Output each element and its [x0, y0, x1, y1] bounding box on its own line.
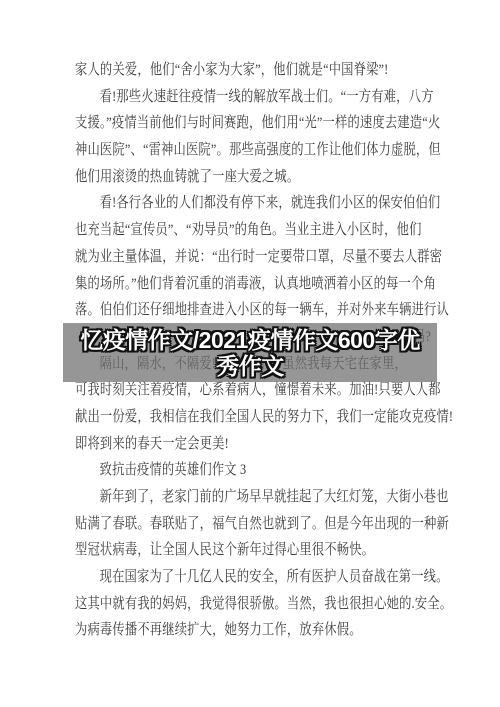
- essay-line: 这其中就有我的妈妈，我觉得很骄傲。当然，我也很担心她的.安全。: [75, 591, 431, 618]
- essay-line: 看!那些火速赶往疫情一线的解放军战士们。“一方有难，八方: [75, 84, 431, 111]
- essay-line: 落。伯伯们还仔细地排查进入小区的每一辆车，并对外来车辆进行认: [75, 297, 431, 324]
- overlay-title-line2: 秀作文: [216, 353, 284, 379]
- essay-line: 贴满了春联。春联贴了，福气自然也就到了。但是今年出现的一种新: [75, 511, 431, 538]
- essay-page: 家人的关爱，他们“舍小家为大家”，他们就是“中国脊梁”! 看!那些火速赶往疫情一…: [0, 0, 500, 707]
- overlay-title: 忆疫情作文/2021疫情作文600字优 秀作文: [63, 323, 437, 382]
- essay-line: 神山医院”、“雷神山医院”。那些高强度的工作让他们体力虚脱，但: [75, 137, 431, 164]
- essay-line: 新年到了，老家门前的广场早早就挂起了大红灯笼，大街小巷也: [75, 484, 431, 511]
- essay-line: 即将到来的春天一定会更美!: [75, 431, 431, 458]
- essay-section-heading: 致抗击疫情的英雄们作文 3: [75, 457, 431, 484]
- essay-line: 为病毒传播不再继续扩大，她努力工作，放弃休假。: [75, 617, 431, 644]
- essay-line: 看!各行各业的人们都没有停下来，就连我们小区的保安伯伯们: [75, 190, 431, 217]
- title-overlay-banner: 忆疫情作文/2021疫情作文600字优 秀作文: [63, 323, 437, 382]
- essay-line: 现在国家为了十几亿人民的安全，所有医护人员奋战在第一线。: [75, 564, 431, 591]
- essay-line: 支援。”疫情当前他们与时间赛跑，他们用“光”一样的速度去建造“火: [75, 110, 431, 137]
- essay-line: 就为业主量体温，并说：“出行时一定要带口罩，尽量不要去人群密: [75, 244, 431, 271]
- essay-line: 型冠状病毒，让全国人民这个新年过得心里很不畅快。: [75, 537, 431, 564]
- essay-line: 也充当起“宣传员”、“劝导员”的角色。当业主进入小区时，他们: [75, 217, 431, 244]
- essay-line: 集的场所。”他们背着沉重的消毒液，认真地喷洒着小区的每一个角: [75, 271, 431, 298]
- overlay-title-line1: 忆疫情作文/2021疫情作文600字优: [80, 327, 419, 353]
- essay-line: 他们用滚烫的热血铸就了一座大爱之城。: [75, 164, 431, 191]
- essay-line: 献出一份爱，我相信在我们全国人民的努力下，我们一定能攻克疫情!: [75, 404, 431, 431]
- essay-line: 家人的关爱，他们“舍小家为大家”，他们就是“中国脊梁”!: [75, 57, 431, 84]
